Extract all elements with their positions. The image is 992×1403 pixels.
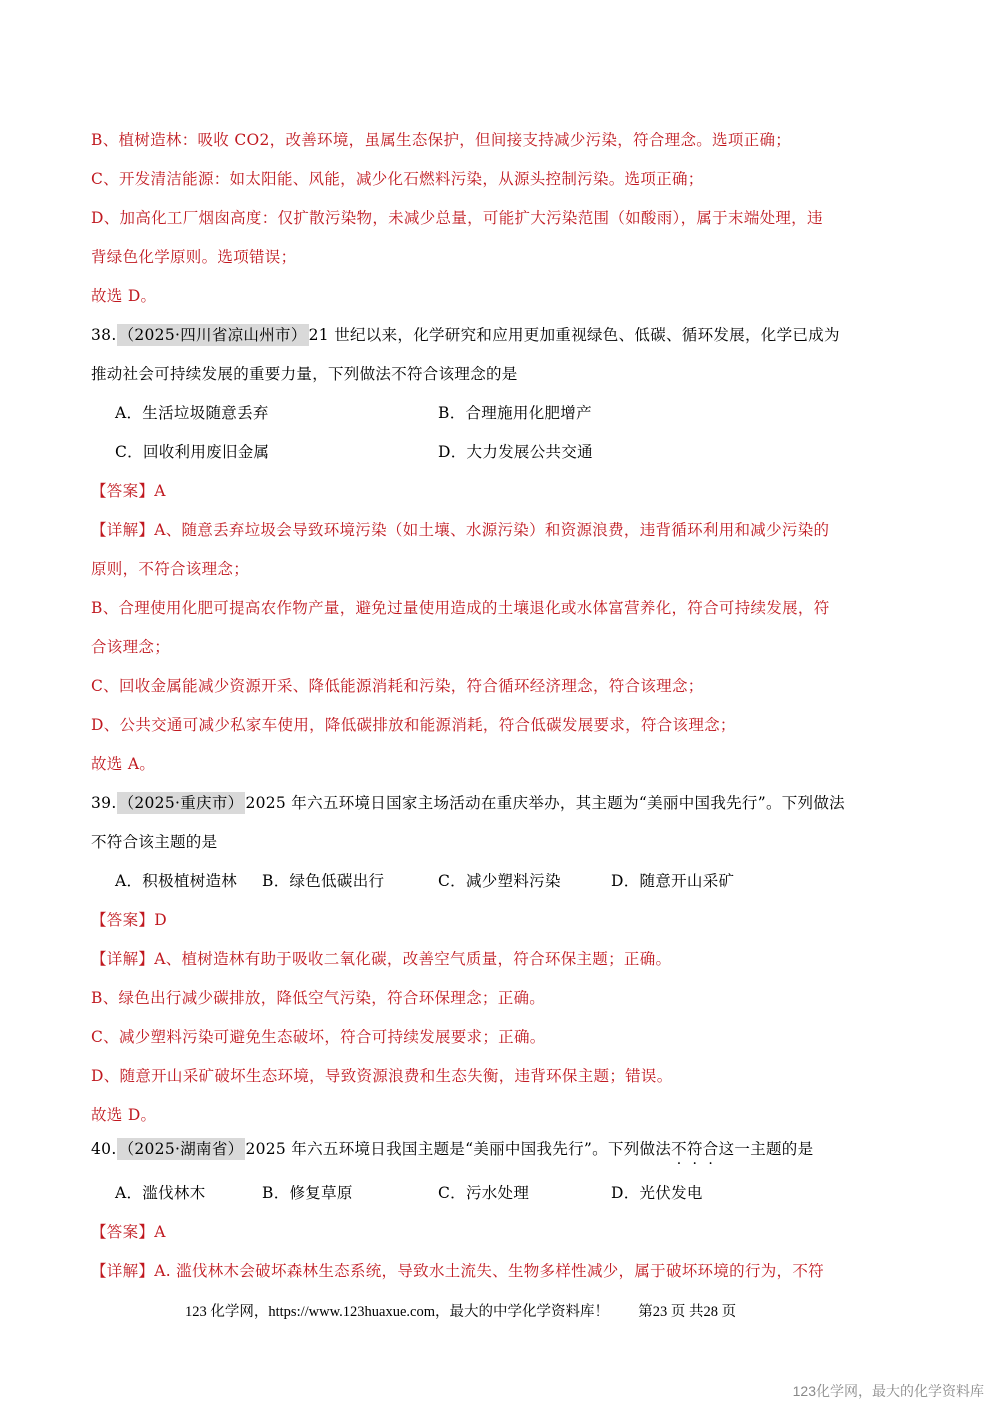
answer-label: 【答案】	[91, 911, 154, 929]
option-d: D．随意开山采矿	[611, 871, 734, 891]
question-40-stem: 40.（2025·湖南省）2025 年六五环境日我国主题是“美丽中国我先行”。下…	[91, 1139, 813, 1159]
option-a: A．滥伐林木	[115, 1183, 206, 1203]
detail-39-line: C、减少塑料污染可避免生态破坏，符合可持续发展要求；正确。	[91, 1027, 546, 1047]
detail-label: 【详解】	[91, 1262, 154, 1280]
question-number: 39.	[91, 794, 117, 812]
detail-39-line: 【详解】A、植树造林有助于吸收二氧化碳，改善空气质量，符合环保主题；正确。	[91, 949, 671, 969]
prev-detail-line: 故选 D。	[91, 286, 156, 306]
question-39-stem: 39.（2025·重庆市）2025 年六五环境日国家主场活动在重庆举办，其主题为…	[91, 793, 845, 813]
page-footer: 123 化学网，https://www.123huaxue.com，最大的中学化…	[185, 1300, 736, 1321]
question-stem-text: 这一主题的是	[719, 1140, 814, 1158]
answer-value: D	[154, 911, 167, 929]
emphasis-char: 不	[671, 1140, 687, 1158]
prev-detail-line: C、开发清洁能源：如太阳能、风能，减少化石燃料污染，从源头控制污染。选项正确；	[91, 169, 704, 189]
option-a: A．积极植树造林	[115, 871, 237, 891]
detail-label: 【详解】	[91, 521, 154, 539]
detail-39-line: 故选 D。	[91, 1105, 156, 1125]
question-stem-text: 21 世纪以来，化学研究和应用更加重视绿色、低碳、循环发展，化学已成为	[309, 326, 840, 344]
detail-38-line: C、回收金属能减少资源开采、降低能源消耗和污染，符合循环经济理念，符合该理念；	[91, 676, 704, 696]
detail-38-line: 【详解】A、随意丢弃垃圾会导致环境污染（如土壤、水源污染）和资源浪费，违背循环利…	[91, 520, 829, 540]
emphasis-char: 符	[687, 1140, 703, 1158]
question-source-tag: （2025·重庆市）	[117, 792, 246, 814]
option-c: C．回收利用废旧金属	[115, 442, 269, 462]
detail-label: 【详解】	[91, 950, 154, 968]
question-number: 38.	[91, 326, 117, 344]
answer-value: A	[154, 482, 166, 500]
option-d: D．光伏发电	[611, 1183, 703, 1203]
question-38-stem-cont: 推动社会可持续发展的重要力量，下列做法不符合该理念的是	[91, 364, 518, 384]
option-a: A．生活垃圾随意丢弃	[115, 403, 269, 423]
prev-detail-line: 背绿色化学原则。选项错误；	[91, 247, 296, 267]
answer-38: 【答案】A	[91, 481, 166, 501]
answer-label: 【答案】	[91, 482, 154, 500]
option-d: D．大力发展公共交通	[438, 442, 593, 462]
option-b: B．修复草原	[262, 1183, 353, 1203]
question-stem-text: 2025 年六五环境日我国主题是“美丽中国我先行”。下列做法	[245, 1140, 671, 1158]
option-c: C．污水处理	[438, 1183, 529, 1203]
detail-38-line: B、合理使用化肥可提高农作物产量，避免过量使用造成的土壤退化或水体富营养化，符合…	[91, 598, 830, 618]
option-b: B．合理施用化肥增产	[438, 403, 592, 423]
detail-39-line: B、绿色出行减少碳排放，降低空气污染，符合环保理念；正确。	[91, 988, 545, 1008]
question-source-tag: （2025·湖南省）	[117, 1138, 246, 1160]
question-source-tag: （2025·四川省凉山州市）	[117, 324, 309, 346]
question-38-stem: 38.（2025·四川省凉山州市）21 世纪以来，化学研究和应用更加重视绿色、低…	[91, 325, 840, 345]
option-b: B．绿色低碳出行	[262, 871, 384, 891]
detail-text: A、植树造林有助于吸收二氧化碳，改善空气质量，符合环保主题；正确。	[154, 950, 671, 968]
question-stem-text: 2025 年六五环境日国家主场活动在重庆举办，其主题为“美丽中国我先行”。下列做…	[245, 794, 845, 812]
detail-38-line: 合该理念；	[91, 637, 170, 657]
footer-page-number: 第23 页 共28 页	[638, 1304, 736, 1320]
answer-39: 【答案】D	[91, 910, 167, 930]
detail-text: A. 滥伐林木会破坏森林生态系统，导致水土流失、生物多样性减少，属于破坏环境的行…	[154, 1262, 824, 1280]
answer-label: 【答案】	[91, 1223, 154, 1241]
option-c: C．减少塑料污染	[438, 871, 561, 891]
watermark: 123化学网，最大的化学资料库	[793, 1381, 984, 1401]
detail-38-line: 原则，不符合该理念；	[91, 559, 249, 579]
detail-38-line: D、公共交通可减少私家车使用，降低碳排放和能源消耗，符合低碳发展要求，符合该理念…	[91, 715, 736, 735]
prev-detail-line: D、加高化工厂烟囱高度：仅扩散污染物，未减少总量，可能扩大污染范围（如酸雨），属…	[91, 208, 823, 228]
question-number: 40.	[91, 1140, 117, 1158]
detail-40-line: 【详解】A. 滥伐林木会破坏森林生态系统，导致水土流失、生物多样性减少，属于破坏…	[91, 1261, 824, 1281]
answer-40: 【答案】A	[91, 1222, 166, 1242]
emphasis-char: 合	[703, 1140, 719, 1158]
answer-value: A	[154, 1223, 166, 1241]
detail-text: A、随意丢弃垃圾会导致环境污染（如土壤、水源污染）和资源浪费，违背循环利用和减少…	[154, 521, 829, 539]
detail-39-line: D、随意开山采矿破坏生态环境，导致资源浪费和生态失衡，违背环保主题；错误。	[91, 1066, 673, 1086]
detail-38-line: 故选 A。	[91, 754, 155, 774]
footer-site-text: 123 化学网，https://www.123huaxue.com，最大的中学化…	[185, 1304, 609, 1320]
prev-detail-line: B、植树造林：吸收 CO2，改善环境，虽属生态保护，但间接支持减少污染，符合理念…	[91, 130, 791, 150]
question-39-stem-cont: 不符合该主题的是	[91, 832, 217, 852]
